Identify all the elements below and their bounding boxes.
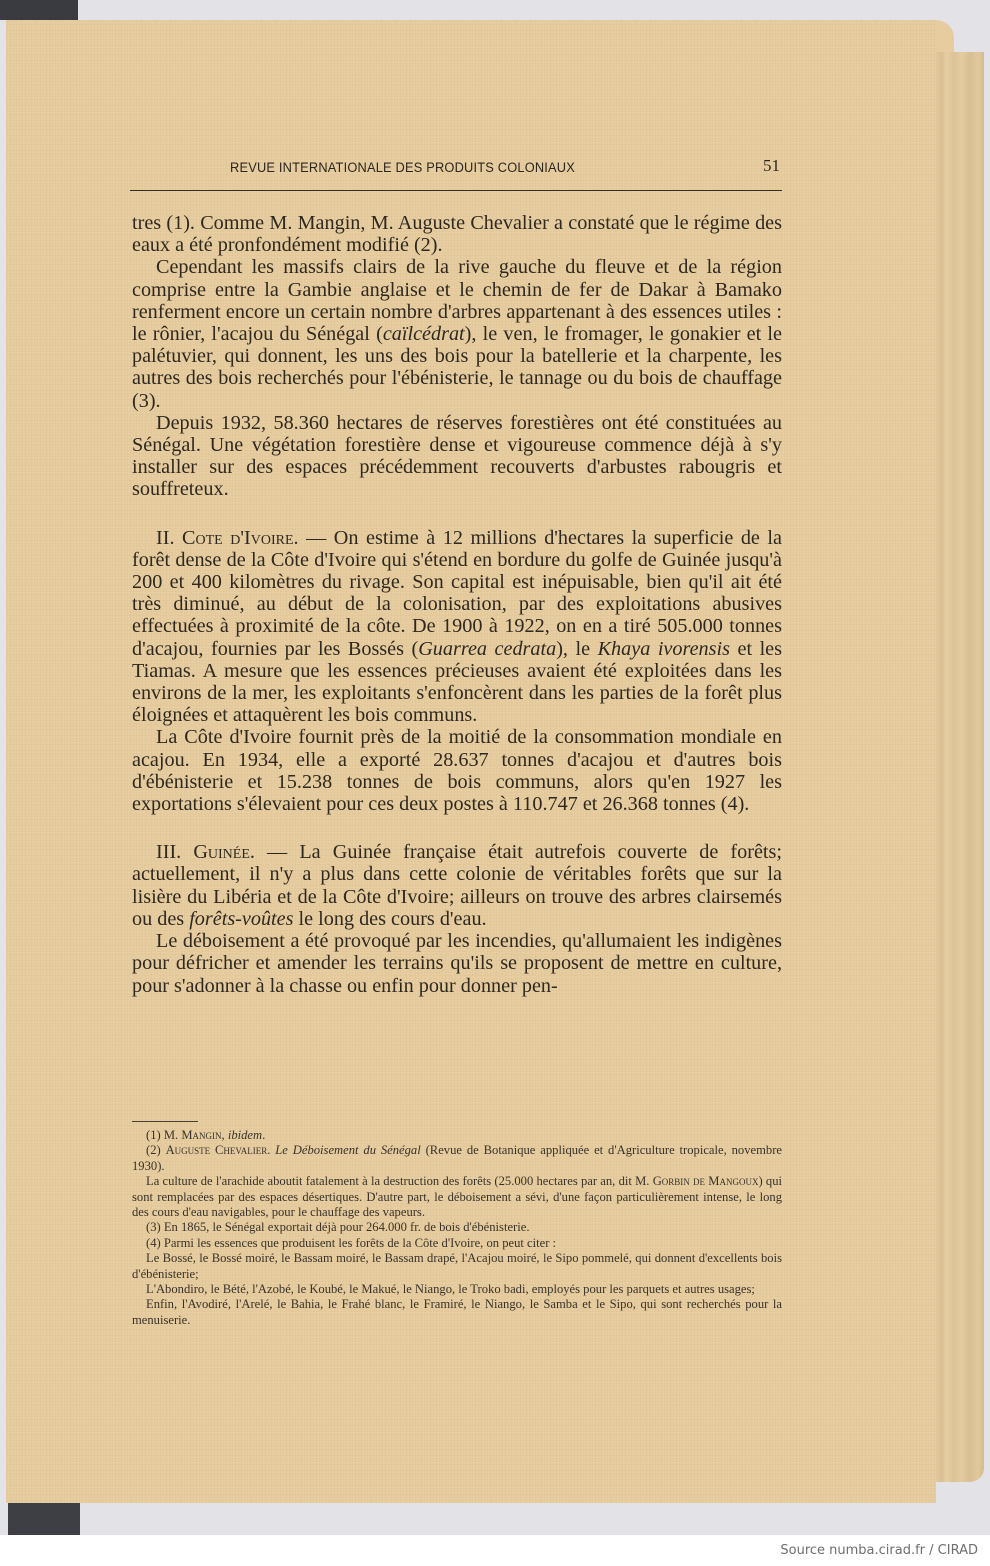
main-text: tres (1). Comme M. Mangin, M. Auguste Ch… [132,212,782,997]
species-italic: caïlcédrat [383,323,465,345]
section-heading: Guinée. [193,841,255,863]
footnote-1: (1) M. Mangin, ibidem. [132,1128,782,1143]
section-heading: Cote d'Ivoire. [182,527,299,549]
footnote-divider [132,1121,198,1122]
paragraph-continuation: tres (1). Comme M. Mangin, M. Auguste Ch… [132,212,782,256]
footnote-3: (3) En 1865, le Sénégal exportait déjà p… [132,1220,782,1235]
footnote-4-list-a: Le Bossé, le Bossé moiré, le Bassam moir… [132,1251,782,1282]
footnote-2-continued: La culture de l'arachide aboutit fatalem… [132,1174,782,1220]
running-title: REVUE INTERNATIONALE DES PRODUITS COLONI… [230,160,575,175]
page-number: 51 [763,156,780,176]
footnote-2: (2) Auguste Chevalier. Le Déboisement du… [132,1143,782,1174]
scanner-clip-top-left [0,0,78,20]
footnote-4-list-c: Enfin, l'Avodiré, l'Arelé, le Bahia, le … [132,1297,782,1328]
footnotes: (1) M. Mangin, ibidem. (2) Auguste Cheva… [132,1128,782,1328]
paragraph-senegal-species: Cependant les massifs clairs de la rive … [132,256,782,411]
footnote-4-list-b: L'Abondiro, le Bété, l'Azobé, le Koubé, … [132,1282,782,1297]
paragraph-reserves: Depuis 1932, 58.360 hectares de réserves… [132,412,782,501]
running-header: REVUE INTERNATIONALE DES PRODUITS COLONI… [130,150,782,191]
footnote-4: (4) Parmi les essences que produisent le… [132,1236,782,1251]
scanner-clip-bottom-left [8,1503,80,1535]
section-guinee: III. Guinée. — La Guinée française était… [132,841,782,930]
paragraph-exports: La Côte d'Ivoire fournit près de la moit… [132,726,782,815]
paragraph-deforestation: Le déboisement a été provoqué par les in… [132,930,782,997]
section-cote-divoire: II. Cote d'Ivoire. — On estime à 12 mill… [132,527,782,727]
source-watermark: Source numba.cirad.fr / CIRAD [780,1543,978,1558]
page-stack-edge [936,52,984,1482]
